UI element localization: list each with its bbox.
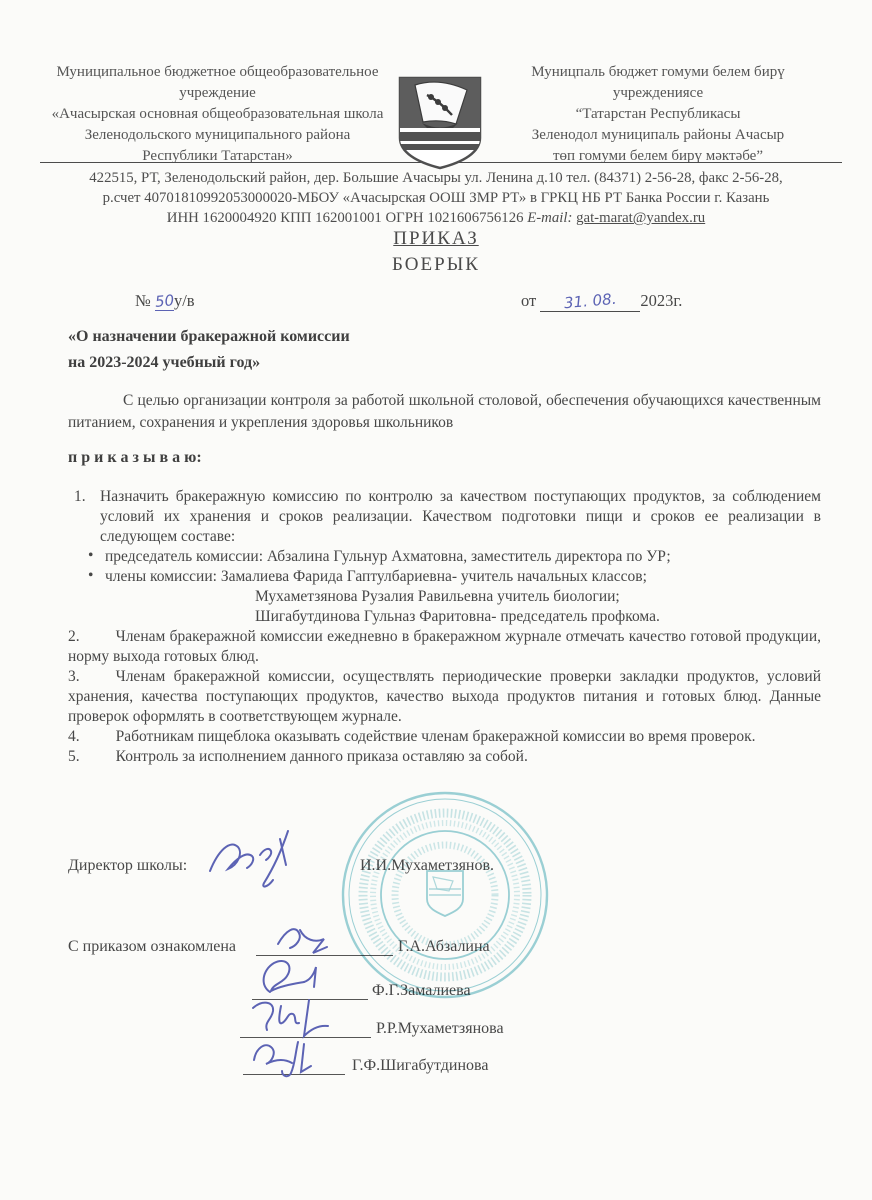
org-line: Зеленодольского муниципального района [45,125,390,146]
item-1: 1.Назначить бракеражную комиссию по конт… [68,487,821,547]
member-line: Шигабутдинова Гульназ Фаритовна- председ… [255,607,821,627]
item-number: 2. [68,628,80,645]
date-handwritten: 31. 08. [563,290,617,313]
email-address: gat-marat@yandex.ru [576,210,705,226]
item-number: 4. [68,728,80,745]
item-5: 5.Контроль за исполнением данного приказ… [68,747,821,767]
ack-name: Ф.Г.Замалиева [372,982,471,1000]
item-text: Членам бракеражной комиссии ежедневно в … [68,628,821,665]
org-name-tatar: Муницпаль бюджет гомуми белем бирү учреж… [478,62,838,167]
item-number: 5. [68,748,80,765]
document-title: ПРИКАЗ БОЕРЫК [0,228,872,276]
org-name-russian: Муниципальное бюджетное общеобразователь… [45,62,390,167]
round-stamp-icon [337,787,553,1003]
item-text: Членам бракеражной комиссии, осуществлят… [68,668,821,725]
item-3: 3.Членам бракеражной комиссии, осуществл… [68,667,821,727]
org-line: «Ачасырская основная общеобразовательная… [45,104,390,125]
org-line: учреждениясе [478,83,838,104]
signature-line [240,1020,371,1038]
email-label: E-mail: [527,210,576,226]
item-4: 4.Работникам пищеблока оказывать содейст… [68,727,821,747]
date-year: 2023г. [640,291,682,310]
org-line: учреждение [45,83,390,104]
org-line: Зеленодол муниципаль районы Ачасыр [478,125,838,146]
item-number: 3. [68,668,80,685]
ack-name: Р.Р.Мухаметзянова [376,1020,504,1038]
order-number: № 50у/в [135,291,195,311]
bullet-icon: • [88,546,93,566]
org-line: Республики Татарстан» [45,146,390,167]
director-signature [200,823,330,893]
date-label: от [521,291,540,310]
decree-word: п р и к а з ы в а ю: [68,449,202,467]
scanned-order-document: Муниципальное бюджетное общеобразователь… [0,0,872,1200]
bullet-text: председатель комиссии: Абзалина Гульнур … [105,548,671,565]
order-items: 1.Назначить бракеражную комиссию по конт… [68,487,821,767]
signature-line [243,1057,345,1075]
signature-line [252,982,368,1000]
org-line: Муниципальное бюджетное общеобразователь… [45,62,390,83]
ack-name: Г.Ф.Шигабутдинова [352,1057,488,1075]
org-line: төп гомуми белем бирү мәктәбе” [478,146,838,167]
bullet-members: •члены комиссии: Замалиева Фарида Гаптул… [68,567,821,587]
order-subject: «О назначении бракеражной комиссии на 20… [68,324,568,376]
signature-line [256,938,393,956]
director-name: И.И.Мухаметзянов. [360,857,494,875]
title-prikaz: ПРИКАЗ [0,228,872,250]
member-line: Мухаметзянова Рузалия Равильевна учитель… [255,587,821,607]
address-line: ИНН 1620004920 КПП 162001001 ОГРН 102160… [30,208,842,228]
title-boeryk: БОЕРЫК [0,254,872,276]
item-number: 1. [74,487,86,507]
subject-line: «О назначении бракеражной комиссии [68,324,568,350]
order-date: от 31. 08.2023г. [521,291,682,312]
requisites-block: 422515, РТ, Зеленодольский район, дер. Б… [30,168,842,228]
coat-of-arms-icon [394,74,486,172]
number-suffix: у/в [174,291,195,310]
address-line: р.счет 40701810992053000020-МБОУ «Ачасыр… [30,188,842,208]
number-label: № [135,291,155,310]
item-2: 2.Членам бракеражной комиссии ежедневно … [68,627,821,667]
item-text: Назначить бракеражную комиссию по контро… [100,488,821,545]
acknowledgment-label: С приказом ознакомлена [68,938,236,956]
bullet-text: члены комиссии: Замалиева Фарида Гаптулб… [105,568,647,585]
number-handwritten: 50 [154,291,175,311]
org-line: “Татарстан Республикасы [478,104,838,125]
org-line: Муницпаль бюджет гомуми белем бирү [478,62,838,83]
bullet-icon: • [88,566,93,586]
intro-paragraph: С целью организации контроля за работой … [68,390,821,433]
director-label: Директор школы: [68,857,187,875]
item-text: Работникам пищеблока оказывать содействи… [116,728,756,745]
item-text: Контроль за исполнением данного приказа … [116,748,528,765]
subject-line: на 2023-2024 учебный год» [68,350,568,376]
ack-name: Г.А.Абзалина [398,938,490,956]
inn-kpp-ogrn: ИНН 1620004920 КПП 162001001 ОГРН 102160… [167,210,527,226]
bullet-chairman: •председатель комиссии: Абзалина Гульнур… [68,547,821,567]
